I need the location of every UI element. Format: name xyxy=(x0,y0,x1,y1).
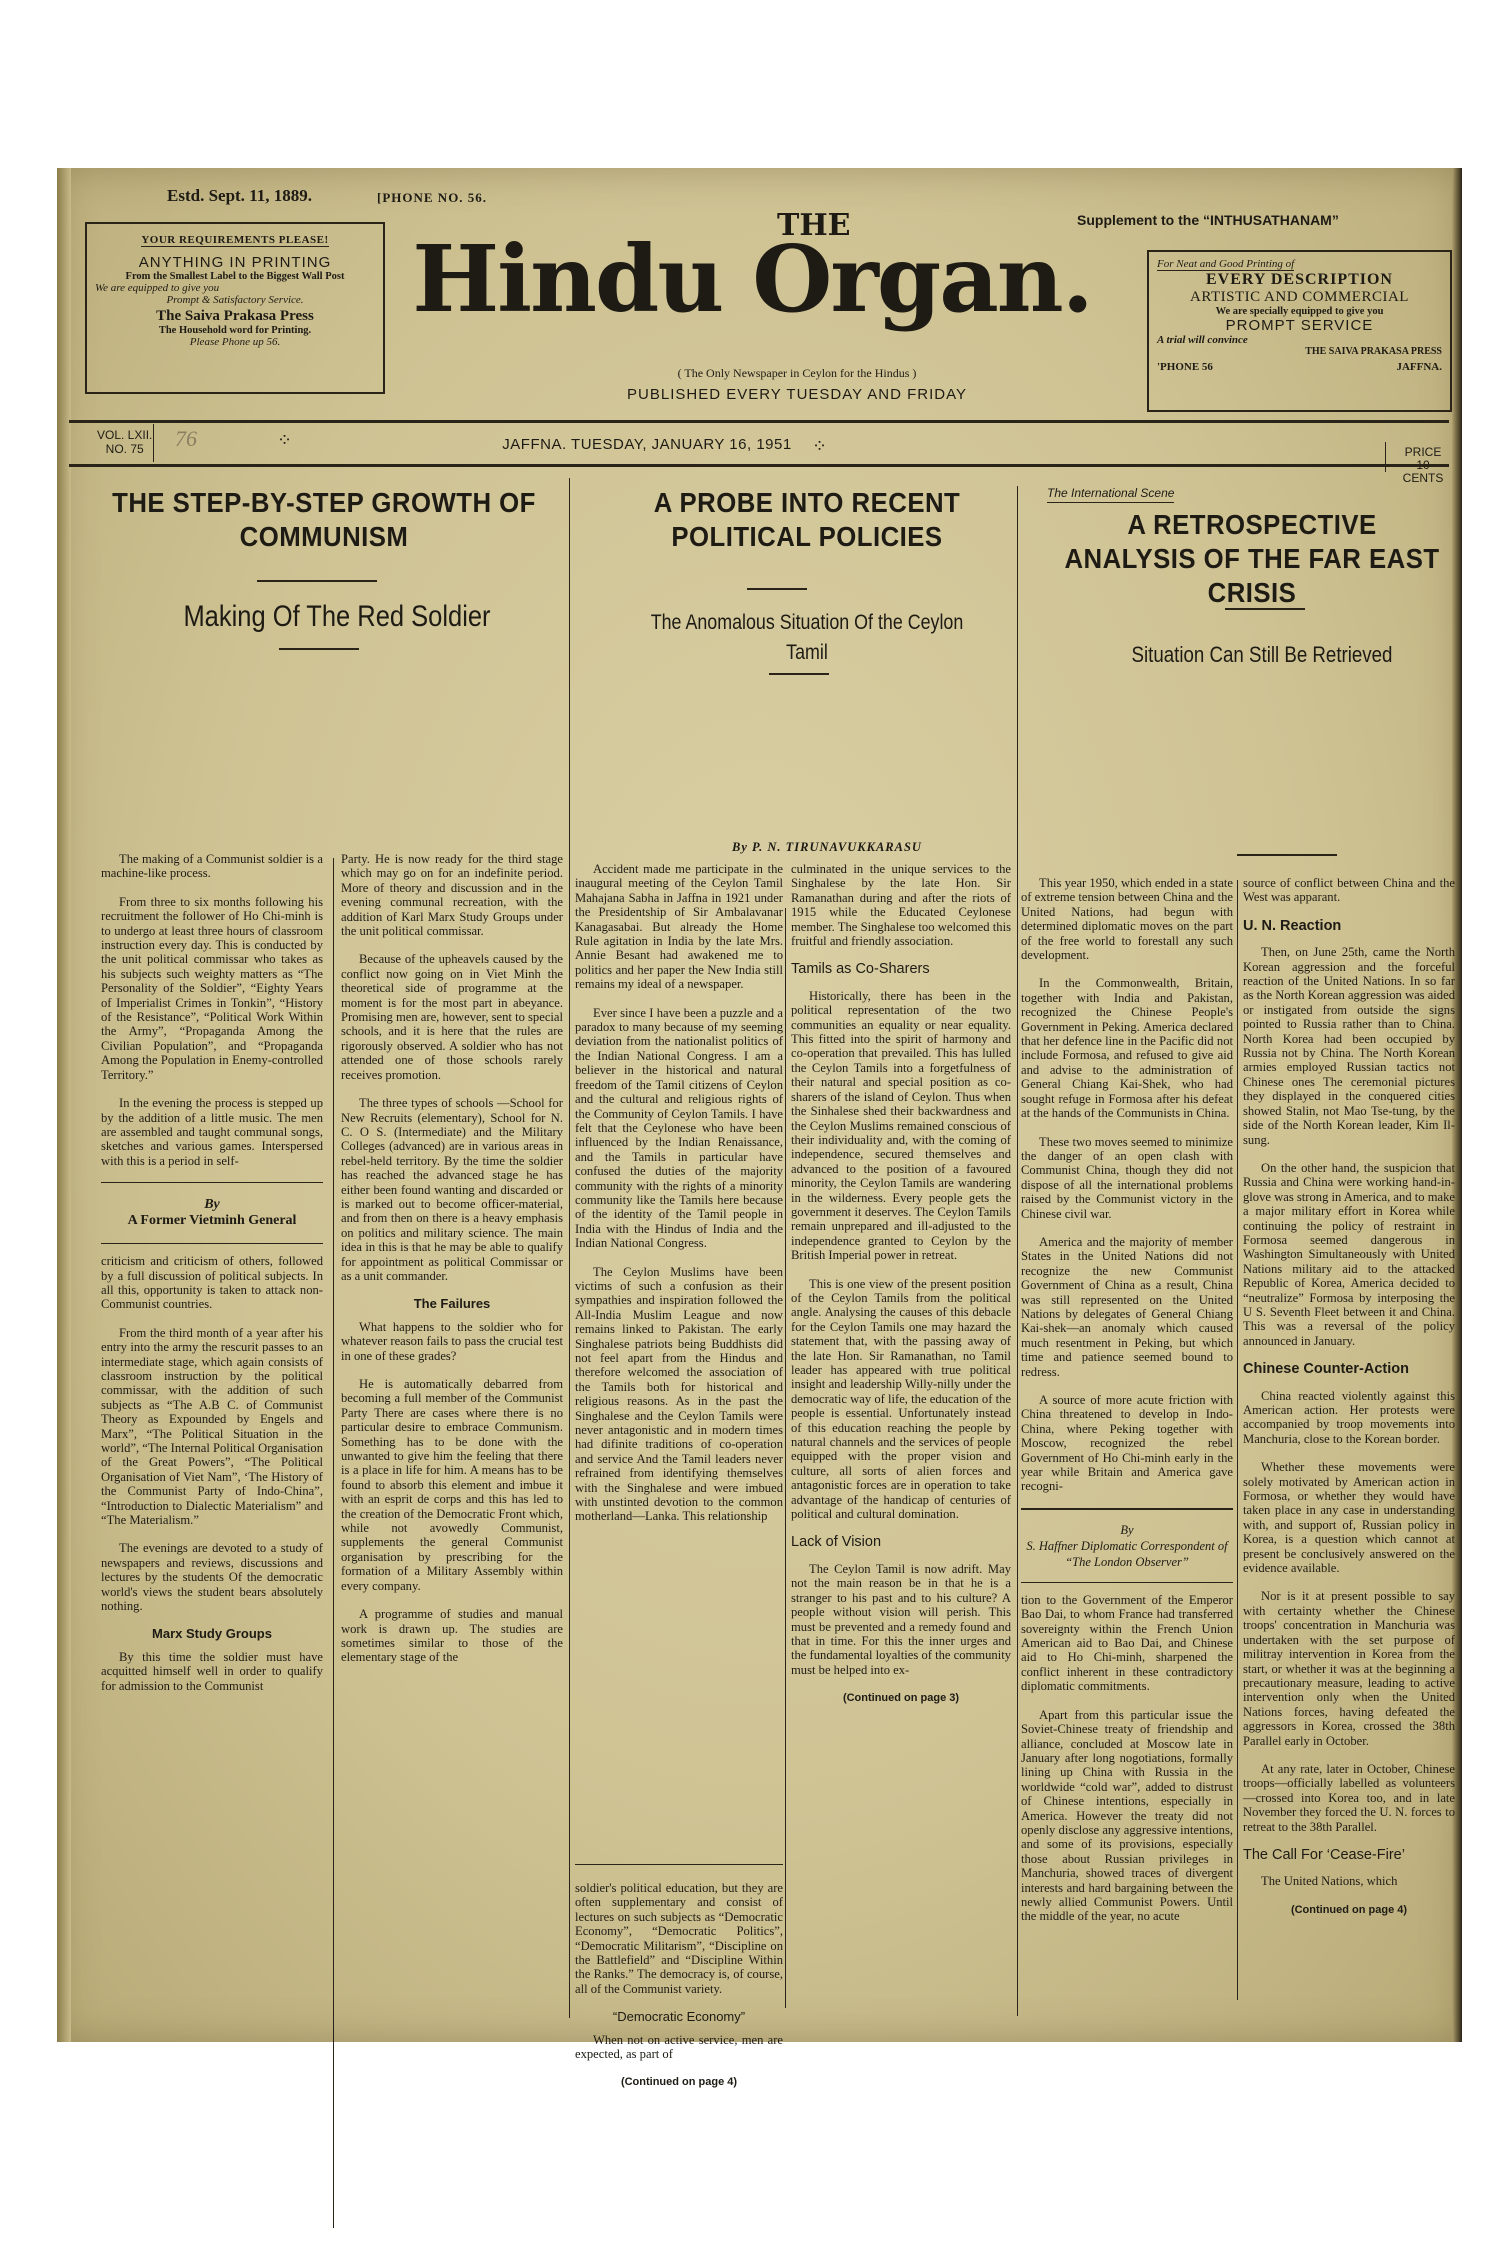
printing-ad-left: YOUR REQUIREMENTS PLEASE! ANYTHING IN PR… xyxy=(85,222,385,394)
continued-note: (Continued on page 4) xyxy=(575,2075,783,2089)
continued-note: (Continued on page 4) xyxy=(1243,1903,1455,1917)
newspaper-title: Hindu Organ. xyxy=(347,224,1157,334)
paragraph: criticism and criticism of others, follo… xyxy=(101,1254,323,1312)
ad-line: A trial will convince xyxy=(1157,334,1442,346)
article-column: source of conflict between China and the… xyxy=(1243,876,1455,1917)
paragraph: America and the majority of member State… xyxy=(1021,1235,1233,1379)
byline: By S. Haffner Diplomatic Correspondent o… xyxy=(1021,1508,1233,1583)
paragraph: In the evening the process is stepped up… xyxy=(101,1096,323,1168)
paragraph: culminated in the unique services to the… xyxy=(791,862,1011,948)
article-column: The making of a Communist soldier is a m… xyxy=(101,852,323,1707)
ad-line: The Household word for Printing. xyxy=(95,325,375,336)
subheadline: Situation Can Still Be Retrieved xyxy=(1088,642,1437,668)
paragraph: soldier's political education, but they … xyxy=(575,1881,783,1996)
tagline: ( The Only Newspaper in Ceylon for the H… xyxy=(597,366,997,381)
article-column: culminated in the unique services to the… xyxy=(791,862,1011,1706)
headline: A PROBE INTO RECENT POLITICAL POLICIES xyxy=(609,486,1005,554)
section-kicker: The International Scene xyxy=(1047,486,1174,503)
paragraph: Ever since I have been a puzzle and a pa… xyxy=(575,1006,783,1251)
divider xyxy=(69,464,1449,467)
section-subhead: U. N. Reaction xyxy=(1243,919,1455,933)
ornament-icon: ⁘ xyxy=(812,436,827,457)
divider xyxy=(1225,608,1305,610)
article-column: This year 1950, which ended in a state o… xyxy=(1021,876,1233,1938)
paragraph: In the Commonwealth, Britain, together w… xyxy=(1021,976,1233,1120)
paragraph: Party. He is now ready for the third sta… xyxy=(341,852,563,938)
handwritten-number: 76 xyxy=(175,426,197,452)
paragraph: On the other hand, the suspicion that Ru… xyxy=(1243,1161,1455,1348)
section-subhead: Chinese Counter-Action xyxy=(1243,1362,1455,1376)
established-date: Estd. Sept. 11, 1889. xyxy=(167,186,312,206)
column-rule xyxy=(569,478,570,2018)
price-value: 10 CENTS xyxy=(1395,459,1451,485)
phone-number: [PHONE NO. 56. xyxy=(377,190,487,206)
subheadline: Making Of The Red Soldier xyxy=(133,600,541,634)
column-rule xyxy=(1237,880,1238,2000)
divider xyxy=(257,580,377,582)
binding-spine xyxy=(57,168,71,2042)
divider xyxy=(747,588,807,590)
paragraph: The making of a Communist soldier is a m… xyxy=(101,852,323,881)
continued-note: (Continued on page 3) xyxy=(791,1691,1011,1705)
ad-line: We are equipped to give you xyxy=(95,282,375,294)
paragraph: Apart from this particular issue the Sov… xyxy=(1021,1708,1233,1924)
byline: By A Former Vietminh General xyxy=(101,1182,323,1244)
paragraph: A source of more acute friction with Chi… xyxy=(1021,1393,1233,1494)
ad-line: PROMPT SERVICE xyxy=(1157,317,1442,334)
ad-line: Please Phone up 56. xyxy=(95,336,375,348)
article-column: Accident made me participate in the inau… xyxy=(575,862,783,1538)
section-subhead: Marx Study Groups xyxy=(101,1627,323,1641)
paragraph: Nor is it at present possible to say wit… xyxy=(1243,1589,1455,1747)
ad-line: EVERY DESCRIPTION xyxy=(1157,271,1442,289)
newspaper-page: Estd. Sept. 11, 1889. [PHONE NO. 56. Sup… xyxy=(57,168,1462,2042)
ad-line: Prompt & Satisfactory Service. xyxy=(95,294,375,306)
paragraph: tion to the Government of the Emperor Ba… xyxy=(1021,1593,1233,1694)
paragraph: By this time the soldier must have acqui… xyxy=(101,1650,323,1693)
paragraph: At any rate, later in October, Chinese t… xyxy=(1243,1762,1455,1834)
headline: A RETROSPECTIVE ANALYSIS OF THE FAR EAST… xyxy=(1059,508,1445,610)
divider xyxy=(1237,854,1337,856)
paragraph: Whether these movements were solely moti… xyxy=(1243,1460,1455,1575)
paragraph: Accident made me participate in the inau… xyxy=(575,862,783,992)
divider xyxy=(575,1864,783,1865)
byline-by: By xyxy=(1120,1523,1133,1537)
ad-city: JAFFNA. xyxy=(1396,361,1442,373)
ad-press-name: THE SAIVA PRAKASA PRESS xyxy=(1157,346,1442,357)
issue-date: JAFFNA. TUESDAY, JANUARY 16, 1951 xyxy=(447,436,847,453)
volume: VOL. LXII. xyxy=(97,428,152,442)
paragraph: The Ceylon Tamil is now adrift. May not … xyxy=(791,1562,1011,1677)
paragraph: This year 1950, which ended in a state o… xyxy=(1021,876,1233,962)
paragraph: From three to six months following his r… xyxy=(101,895,323,1082)
column-rule xyxy=(1017,486,1018,2016)
headline: THE STEP-BY-STEP GROWTH OF COMMUNISM xyxy=(89,486,558,554)
issue-number: NO. 75 xyxy=(97,442,152,456)
paragraph: The three types of schools —School for N… xyxy=(341,1096,563,1283)
article-column: soldier's political education, but they … xyxy=(575,1864,783,2090)
paragraph: The evenings are devoted to a study of n… xyxy=(101,1541,323,1613)
paragraph: When not on active service, men are expe… xyxy=(575,2033,783,2062)
ad-phone: 'PHONE 56 xyxy=(1157,361,1213,373)
divider xyxy=(153,424,154,462)
paragraph: These two moves seemed to minimize the d… xyxy=(1021,1135,1233,1221)
paragraph: The United Nations, which xyxy=(1243,1874,1455,1888)
section-subhead: The Call For ‘Cease-Fire’ xyxy=(1243,1848,1455,1862)
ad-line: We are specially equipped to give you xyxy=(1157,306,1442,317)
divider xyxy=(1385,442,1386,472)
divider xyxy=(69,420,1449,423)
section-subhead: Lack of Vision xyxy=(791,1535,1011,1549)
section-subhead: “Democratic Economy” xyxy=(575,2010,783,2024)
section-subhead: Tamils as Co-Sharers xyxy=(791,962,1011,976)
byline: By P. N. TIRUNAVUKKARASU xyxy=(617,840,1037,855)
column-rule xyxy=(333,858,334,2228)
ad-heading: For Neat and Good Printing of xyxy=(1157,258,1294,271)
divider xyxy=(769,673,829,675)
byline-author: S. Haffner Diplomatic Correspondent of “… xyxy=(1026,1539,1227,1569)
section-subhead: The Failures xyxy=(341,1297,563,1311)
ad-press-name: The Saiva Prakasa Press xyxy=(95,308,375,325)
paragraph: Because of the upheavels caused by the c… xyxy=(341,952,563,1082)
divider xyxy=(279,648,359,650)
ad-line: ARTISTIC AND COMMERCIAL xyxy=(1157,289,1442,306)
volume-number: VOL. LXII. NO. 75 xyxy=(97,428,152,456)
paragraph: Then, on June 25th, came the North Korea… xyxy=(1243,945,1455,1147)
subheadline: The Anomalous Situation Of the Ceylon Ta… xyxy=(629,608,986,668)
paragraph: The Ceylon Muslims have been victims of … xyxy=(575,1265,783,1524)
byline-author: A Former Vietminh General xyxy=(128,1213,297,1228)
ad-line: ANYTHING IN PRINTING xyxy=(95,254,375,271)
paragraph: A programme of studies and manual work i… xyxy=(341,1607,563,1665)
paragraph: From the third month of a year after his… xyxy=(101,1326,323,1528)
paragraph: He is automatically debarred from becomi… xyxy=(341,1377,563,1593)
ad-heading: YOUR REQUIREMENTS PLEASE! xyxy=(141,234,328,247)
paragraph: source of conflict between China and the… xyxy=(1243,876,1455,905)
article-column: Party. He is now ready for the third sta… xyxy=(341,852,563,1679)
paragraph: What happens to the soldier who for what… xyxy=(341,1320,563,1363)
column-rule xyxy=(785,908,786,2008)
ad-line: From the Smallest Label to the Biggest W… xyxy=(95,271,375,282)
paragraph: This is one view of the present position… xyxy=(791,1277,1011,1522)
publication-schedule: PUBLISHED EVERY TUESDAY AND FRIDAY xyxy=(547,386,1047,403)
printing-ad-right: For Neat and Good Printing of EVERY DESC… xyxy=(1147,250,1452,412)
paragraph: Historically, there has been in the poli… xyxy=(791,989,1011,1263)
paragraph: China reacted violently against this Ame… xyxy=(1243,1389,1455,1447)
ornament-icon: ⁘ xyxy=(277,430,292,451)
byline-by: By xyxy=(204,1197,220,1212)
